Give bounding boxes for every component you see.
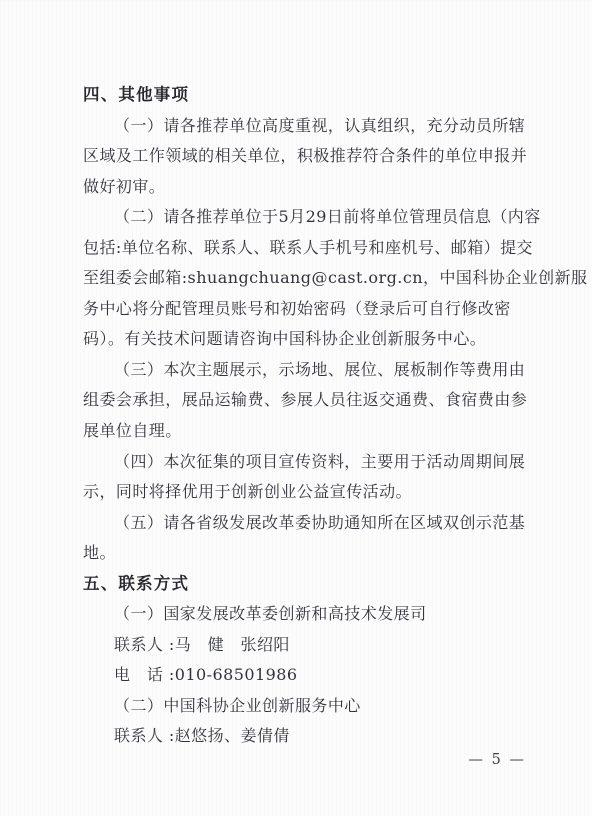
contact-person-line: 联系人 :马 健 张绍阳 <box>83 630 535 661</box>
paragraph-line: 组委会承担，展品运输费、参展人员往返交通费、食宿费由参 <box>83 385 535 416</box>
paragraph-line: （四）本次征集的项目宣传资料，主要用于活动周期间展 <box>83 447 535 478</box>
paragraph-line: 展单位自理。 <box>83 416 535 447</box>
paragraph-line: （二）请各推荐单位于5月29日前将单位管理员信息（内容 <box>83 202 535 233</box>
paragraph-line: （一）请各推荐单位高度重视，认真组织，充分动员所辖 <box>83 111 535 142</box>
section-heading-contact-info: 五、联系方式 <box>83 569 535 600</box>
paragraph-line: （三）本次主题展示，示场地、展位、展板制作等费用由 <box>83 355 535 386</box>
document-text-column: 四、其他事项 （一）请各推荐单位高度重视，认真组织，充分动员所辖 区域及工作领域… <box>83 80 535 752</box>
contact-org-line: （一）国家发展改革委创新和高技术发展司 <box>83 599 535 630</box>
page-number: — 5 — <box>469 749 526 771</box>
contact-person-line: 联系人 :赵悠扬、姜倩倩 <box>83 721 535 752</box>
section-heading-other-matters: 四、其他事项 <box>83 80 535 111</box>
paragraph-line: 示，同时将择优用于创新创业公益宣传活动。 <box>83 477 535 508</box>
paragraph-line: 地。 <box>83 538 535 569</box>
paragraph-line: 务中心将分配管理员账号和初始密码（登录后可自行修改密 <box>83 294 535 325</box>
paragraph-line: 做好初审。 <box>83 172 535 203</box>
paragraph-line-email: 至组委会邮箱:shuangchuang@cast.org.cn，中国科协企业创新… <box>83 263 535 294</box>
contact-org-line: （二）中国科协企业创新服务中心 <box>83 691 535 722</box>
paragraph-line: 码）。有关技术问题请咨询中国科协企业创新服务中心。 <box>83 324 535 355</box>
document-page: 四、其他事项 （一）请各推荐单位高度重视，认真组织，充分动员所辖 区域及工作领域… <box>0 0 592 816</box>
paragraph-line: 包括:单位名称、联系人、联系人手机号和座机号、邮箱）提交 <box>83 233 535 264</box>
paragraph-line: 区域及工作领域的相关单位，积极推荐符合条件的单位申报并 <box>83 141 535 172</box>
paragraph-line: （五）请各省级发展改革委协助通知所在区域双创示范基 <box>83 508 535 539</box>
contact-phone-line: 电 话 :010-68501986 <box>83 660 535 691</box>
